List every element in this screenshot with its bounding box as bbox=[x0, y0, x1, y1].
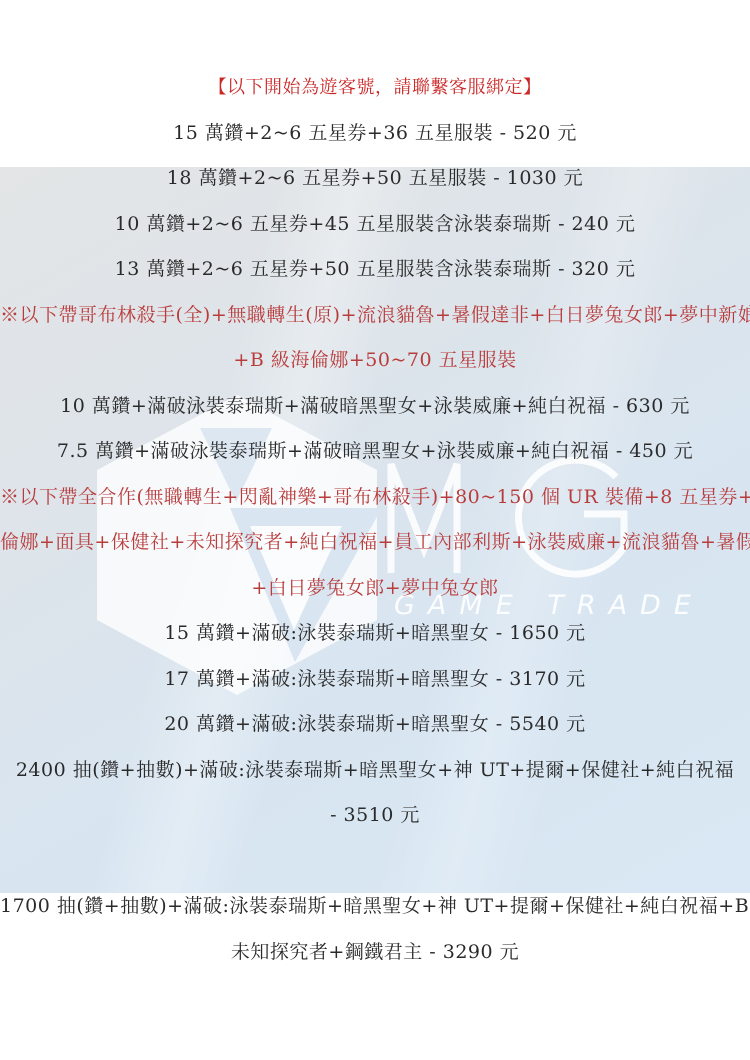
note-line: 倫娜+面具+保健社+未知探究者+純白祝福+員工內部利斯+泳裝威廉+流浪貓魯+暑假… bbox=[0, 520, 750, 566]
price-line: 20 萬鑽+滿破:泳裝泰瑞斯+暗黑聖女 - 5540 元 bbox=[0, 702, 750, 748]
document-page: GAME TRADE 【以下開始為遊客號，請聯繫客服綁定】 15 萬鑽+2~6 … bbox=[0, 0, 750, 1060]
price-line: 10 萬鑽+2~6 五星券+45 五星服裝含泳裝泰瑞斯 - 240 元 bbox=[0, 202, 750, 248]
price-line: 未知探究者+鋼鐵君主 - 3290 元 bbox=[0, 930, 750, 976]
price-list: 【以下開始為遊客號，請聯繫客服綁定】 15 萬鑽+2~6 五星券+36 五星服裝… bbox=[0, 0, 750, 975]
note-line: ※以下帶哥布林殺手(全)+無職轉生(原)+流浪貓魯+暑假達非+白日夢兔女郎+夢中… bbox=[0, 293, 750, 339]
price-line: 15 萬鑽+滿破:泳裝泰瑞斯+暗黑聖女 - 1650 元 bbox=[0, 611, 750, 657]
price-line: 1700 抽(鑽+抽數)+滿破:泳裝泰瑞斯+暗黑聖女+神 UT+提爾+保健社+純… bbox=[0, 884, 750, 930]
price-line: - 3510 元 bbox=[0, 793, 750, 839]
blank-line bbox=[0, 839, 750, 885]
note-line: +白日夢兔女郎+夢中兔女郎 bbox=[0, 566, 750, 612]
note-line: +B 級海倫娜+50~70 五星服裝 bbox=[0, 338, 750, 384]
price-line: 17 萬鑽+滿破:泳裝泰瑞斯+暗黑聖女 - 3170 元 bbox=[0, 657, 750, 703]
price-line: 2400 抽(鑽+抽數)+滿破:泳裝泰瑞斯+暗黑聖女+神 UT+提爾+保健社+純… bbox=[0, 748, 750, 794]
price-line: 18 萬鑽+2~6 五星券+50 五星服裝 - 1030 元 bbox=[0, 156, 750, 202]
price-line: 7.5 萬鑽+滿破泳裝泰瑞斯+滿破暗黑聖女+泳裝威廉+純白祝福 - 450 元 bbox=[0, 429, 750, 475]
price-line: 10 萬鑽+滿破泳裝泰瑞斯+滿破暗黑聖女+泳裝威廉+純白祝福 - 630 元 bbox=[0, 384, 750, 430]
price-line: 13 萬鑽+2~6 五星券+50 五星服裝含泳裝泰瑞斯 - 320 元 bbox=[0, 247, 750, 293]
price-line: 15 萬鑽+2~6 五星券+36 五星服裝 - 520 元 bbox=[0, 111, 750, 157]
notice-heading: 【以下開始為遊客號，請聯繫客服綁定】 bbox=[0, 65, 750, 111]
note-line: ※以下帶全合作(無職轉生+閃亂神樂+哥布林殺手)+80~150 個 UR 裝備+… bbox=[0, 475, 750, 521]
